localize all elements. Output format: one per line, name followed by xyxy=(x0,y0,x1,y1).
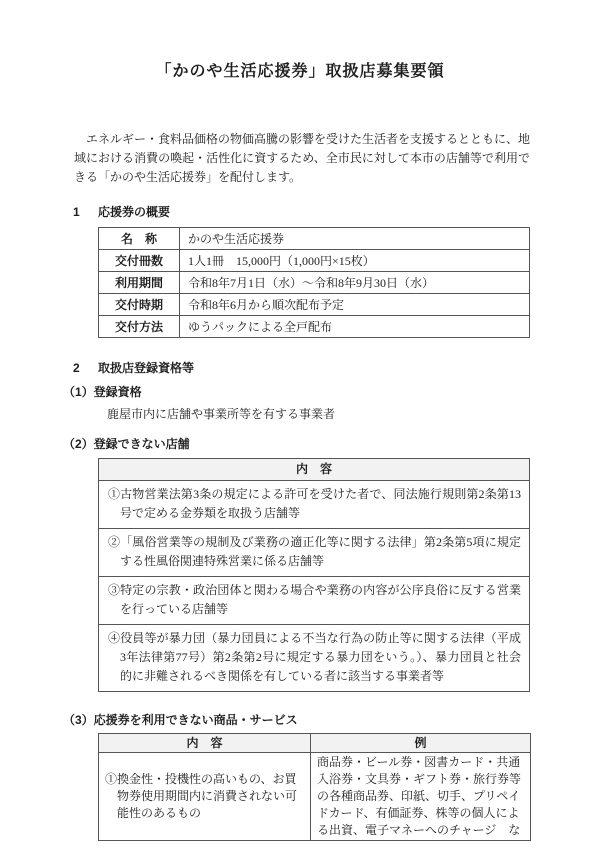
table-row: 名 称 かのや生活応援券 xyxy=(99,228,530,250)
overview-row-value: かのや生活応援券 xyxy=(180,228,530,250)
table-row: ①古物営業法第3条の規定による許可を受けた者で、同法施行規則第2条第13号で定め… xyxy=(99,481,530,529)
ineligible-item-3: ③特定の宗教・政治団体と関わる場合や業務の内容が公序良俗に反する営業を行っている… xyxy=(108,581,521,619)
section-2-number: 2 xyxy=(73,361,98,375)
table-row: ④役員等が暴力団（暴力団員による不当な行為の防止等に関する法律（平成3年法律第7… xyxy=(99,625,530,692)
ineligible-item-1: ①古物営業法第3条の規定による許可を受けた者で、同法施行規則第2条第13号で定め… xyxy=(108,485,521,523)
excluded-table-header-content: 内 容 xyxy=(99,734,311,753)
excluded-item-1-example: 商品券・ビール券・図書カード・共通入浴券・文具券・ギフト券・旅行券等の各種商品券… xyxy=(311,753,531,841)
table-row: ①換金性・投機性の高いもの、お買物券使用期間内に消費されない可能性のあるもの 商… xyxy=(99,753,531,841)
excluded-goods-table: 内 容 例 ①換金性・投機性の高いもの、お買物券使用期間内に消費されない可能性の… xyxy=(98,733,531,841)
overview-row-label: 名 称 xyxy=(99,228,180,250)
table-row: ③特定の宗教・政治団体と関わる場合や業務の内容が公序良俗に反する営業を行っている… xyxy=(99,577,530,625)
ineligible-table-header: 内 容 xyxy=(99,459,530,481)
document-page: 「かのや生活応援券」取扱店募集要領 エネルギー・食料品価格の物価高騰の影響を受け… xyxy=(0,0,600,849)
table-row: 利用期間 令和8年7月1日（水）～令和8年9月30日（水） xyxy=(99,272,530,294)
overview-row-label: 交付時期 xyxy=(99,294,180,316)
subsection-2-2-heading: （2）登録できない店舗 xyxy=(63,435,600,452)
overview-table: 名 称 かのや生活応援券 交付冊数 1人1冊 15,000円（1,000円×15… xyxy=(98,227,530,338)
section-2-heading-text: 取扱店登録資格等 xyxy=(98,361,194,375)
section-1-heading: 1応援券の概要 xyxy=(73,203,600,220)
page-title: 「かのや生活応援券」取扱店募集要領 xyxy=(0,0,600,81)
overview-row-label: 交付冊数 xyxy=(99,250,180,272)
table-header-row: 内 容 例 xyxy=(99,734,531,753)
subsection-2-1-body: 鹿屋市内に店舗や事業所等を有する事業者 xyxy=(107,405,600,423)
subsection-2-1-heading: （1）登録資格 xyxy=(63,383,600,400)
overview-row-value: 1人1冊 15,000円（1,000円×15枚） xyxy=(180,250,530,272)
table-row: ②「風俗営業等の規制及び業務の適正化等に関する法律」第2条第5項に規定する性風俗… xyxy=(99,529,530,577)
table-row: 交付冊数 1人1冊 15,000円（1,000円×15枚） xyxy=(99,250,530,272)
section-2-heading: 2取扱店登録資格等 xyxy=(73,359,600,376)
table-row: 交付時期 令和8年6月から順次配布予定 xyxy=(99,294,530,316)
excluded-table-header-example: 例 xyxy=(311,734,531,753)
intro-paragraph: エネルギー・食料品価格の物価高騰の影響を受けた生活者を支援するとともに、地域にお… xyxy=(74,130,530,187)
ineligible-item-2: ②「風俗営業等の規制及び業務の適正化等に関する法律」第2条第5項に規定する性風俗… xyxy=(108,533,521,571)
excluded-item-1-content: ①換金性・投機性の高いもの、お買物券使用期間内に消費されない可能性のあるもの xyxy=(105,771,304,822)
overview-row-value: ゆうパックによる全戸配布 xyxy=(180,316,530,338)
table-header-row: 内 容 xyxy=(99,459,530,481)
overview-row-value: 令和8年6月から順次配布予定 xyxy=(180,294,530,316)
overview-row-label: 利用期間 xyxy=(99,272,180,294)
subsection-2-3-heading: （3）応援券を利用できない商品・サービス xyxy=(63,711,600,728)
section-1-heading-text: 応援券の概要 xyxy=(98,205,170,219)
table-row: 交付方法 ゆうパックによる全戸配布 xyxy=(99,316,530,338)
overview-row-value: 令和8年7月1日（水）～令和8年9月30日（水） xyxy=(180,272,530,294)
ineligible-item-4: ④役員等が暴力団（暴力団員による不当な行為の防止等に関する法律（平成3年法律第7… xyxy=(108,629,521,686)
section-1-number: 1 xyxy=(73,205,98,219)
ineligible-stores-table: 内 容 ①古物営業法第3条の規定による許可を受けた者で、同法施行規則第2条第13… xyxy=(98,458,530,692)
overview-row-label: 交付方法 xyxy=(99,316,180,338)
